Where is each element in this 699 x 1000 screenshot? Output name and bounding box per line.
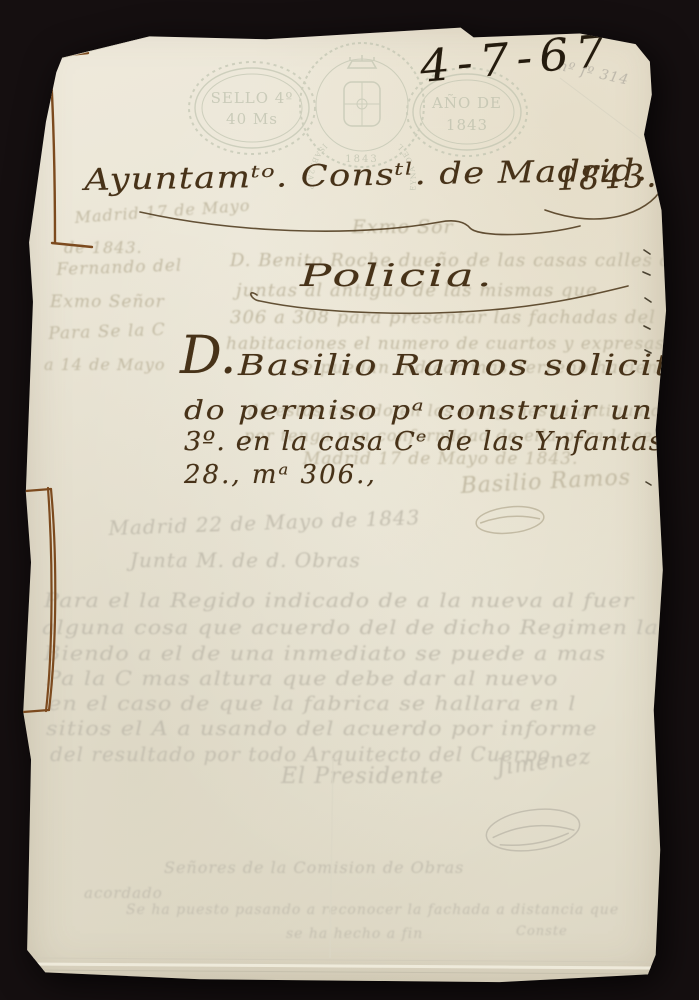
petition-line: 28., mᵃ 306., [184,460,377,490]
document-page: SELLO 4º 40 Ms ISAB. 2A P. LA G. DE DIOS… [20,14,668,986]
bleedthrough-line: Se ha puesto pasando a reconocer la fach… [126,902,619,918]
heading-year: 1843. [556,156,659,198]
bleedthrough-line: de 1843. [64,238,143,257]
bleedthrough-line: sitios el A a usando del acuerdo por inf… [46,716,598,740]
bleedthrough-line: Para el la Regido indicado de a la nueva… [44,588,634,612]
section-label: Policia. [300,258,495,294]
bleedthrough-line: a 14 de Mayo [44,355,165,374]
petition-line: do permiso pᵃ construir un piso [184,396,699,426]
bleedthrough-line: alguna cosa que acuerdo del de dicho Reg… [42,615,659,639]
bleedthrough-line: Señores de la Comision de Obras [164,858,464,877]
page-stack-edge [30,958,652,974]
bleedthrough-signature: El Presidente [281,764,444,789]
crown-icon [348,55,376,68]
petition-line: 3º. en la casa Cᵉ de las Ynfantas nº. [184,427,699,457]
tax-stamp-left: SELLO 4º 40 Ms [189,62,315,154]
bleedthrough-line: Exmo Señor [50,292,165,312]
petition-line: Basilio Ramos solicitan [238,348,699,382]
bleedthrough-line: 306 a 308 para presentar las fachadas de… [230,307,656,328]
petition-initial: D. [180,326,236,386]
archival-number: 4-7-67 [418,25,615,93]
bleedthrough-line: se ha hecho a fin [286,926,423,942]
pencil-folio-mark: f. 91 [96,7,154,43]
bleedthrough-line: Madrid 17 de Mayo [74,196,251,227]
rubric-flourish-large [484,804,583,857]
bleedthrough-signature: Basilio Ramos [460,465,632,499]
photograph-background: SELLO 4º 40 Ms ISAB. 2A P. LA G. DE DIOS… [0,0,699,1000]
stamp-right-line2: 1843 [446,116,488,134]
rubric-flourish-small [475,504,545,537]
bleedthrough-line: Biendo a el de una inmediato se puede a … [44,641,606,665]
bleedthrough-line: Pa la C mas altura que debe dar al nuevo [46,666,558,690]
bleedthrough-line: Para Se la C [48,320,166,344]
stamp-right-line1: AÑO DE [431,94,502,112]
bleedthrough-line: Madrid 22 de Mayo de 1843 [108,505,421,540]
stamp-left-line2: 40 Ms [226,110,278,128]
stamp-left-line1: SELLO 4º [211,89,294,107]
bleedthrough-line: Fernando del [56,256,183,280]
bleedthrough-line: Conste [516,924,568,939]
bleedthrough-line: Exmo Sor [352,216,454,238]
bleedthrough-line: del resultado por todo Arquitecto del Cu… [50,742,551,766]
bleedthrough-line: acordado [84,884,163,902]
bleedthrough-line: Junta M. de d. Obras [130,548,361,572]
bleedthrough-line: en el caso de que la fabrica se hallara … [48,691,577,715]
